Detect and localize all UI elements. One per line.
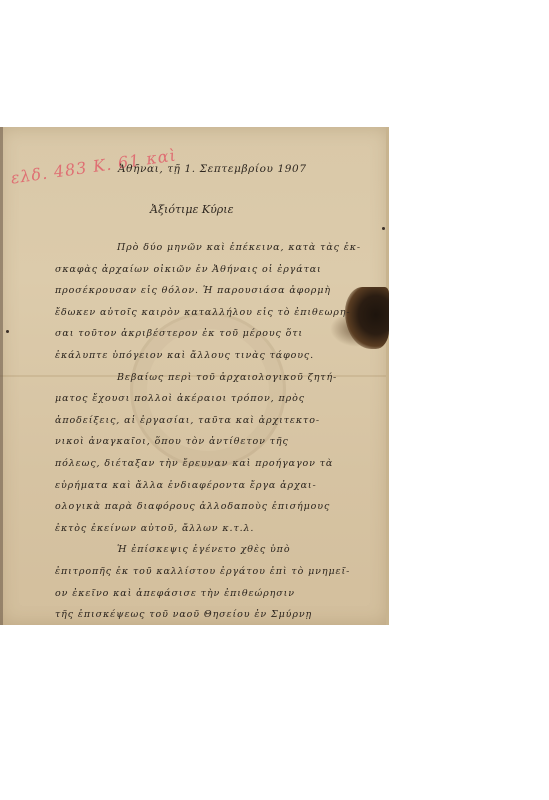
body-line: προσέκρουσαν εἰς θόλον. Ἡ παρουσιάσα ἀφο… [55,280,383,302]
margin-mark [382,227,385,230]
body-line: νικοὶ ἀναγκαῖοι, ὅπου τὸν ἀντίθετον τῆς [55,431,383,453]
body-line: σαι τοῦτον ἀκριβέστερον ἐκ τοῦ μέρους ὅτ… [55,323,383,345]
body-line: Βεβαίως περὶ τοῦ ἀρχαιολογικοῦ ζητή- [55,367,383,389]
body-line: τῆς ἐπισκέψεως τοῦ ναοῦ Θησείου ἐν Σμύρν… [55,604,383,625]
letter-body: Πρὸ δύο μηνῶν καὶ ἐπέκεινα, κατὰ τὰς ἐκ-… [55,237,383,625]
letter-salutation: Ἀξιότιμε Κύριε [150,203,233,216]
body-line: ἐπιτροπῆς ἐκ τοῦ καλλίστου ἐργάτου ἐπὶ τ… [55,561,383,583]
body-line: σκαφὰς ἀρχαίων οἰκιῶν ἐν Ἀθήναις οἱ ἐργά… [55,259,383,281]
body-line: ἐκτὸς ἐκείνων αὐτοῦ, ἄλλων κ.τ.λ. [55,518,383,540]
body-line: εὑρήματα καὶ ἄλλα ἐνδιαφέροντα ἔργα ἀρχα… [55,475,383,497]
body-line: ον ἐκεῖνο καὶ ἀπεφάσισε τὴν ἐπιθεώρησιν [55,583,383,605]
body-line: ἀποδείξεις, αἱ ἐργασίαι, ταῦτα καὶ ἀρχιτ… [55,410,383,432]
body-line: ἐκάλυπτε ὑπόγειον καὶ ἄλλους τινὰς τάφου… [55,345,383,367]
page-right-edge [386,127,389,625]
body-line: Πρὸ δύο μηνῶν καὶ ἐπέκεινα, κατὰ τὰς ἐκ- [55,237,383,259]
body-line: ἔδωκεν αὐτοῖς καιρὸν καταλλήλου εἰς τὸ ἐ… [55,302,383,324]
letter-page: ελδ. 483 Κ. 61 καὶ Ἀθῆναι, τῇ 1. Σεπτεμβ… [0,127,389,625]
body-line: ματος ἔχουσι πολλοὶ ἀκέραιοι τρόπον, πρὸ… [55,388,383,410]
letter-date-line: Ἀθῆναι, τῇ 1. Σεπτεμβρίου 1907 [118,163,307,175]
margin-mark [6,330,9,333]
body-line: πόλεως, διέταξαν τὴν ἔρευναν καὶ προήγαγ… [55,453,383,475]
body-line: Ἡ ἐπίσκεψις ἐγένετο χθὲς ὑπὸ [55,539,383,561]
body-line: ολογικὰ παρὰ διαφόρους ἀλλοδαποὺς ἐπισήμ… [55,496,383,518]
page-left-edge [0,127,3,625]
